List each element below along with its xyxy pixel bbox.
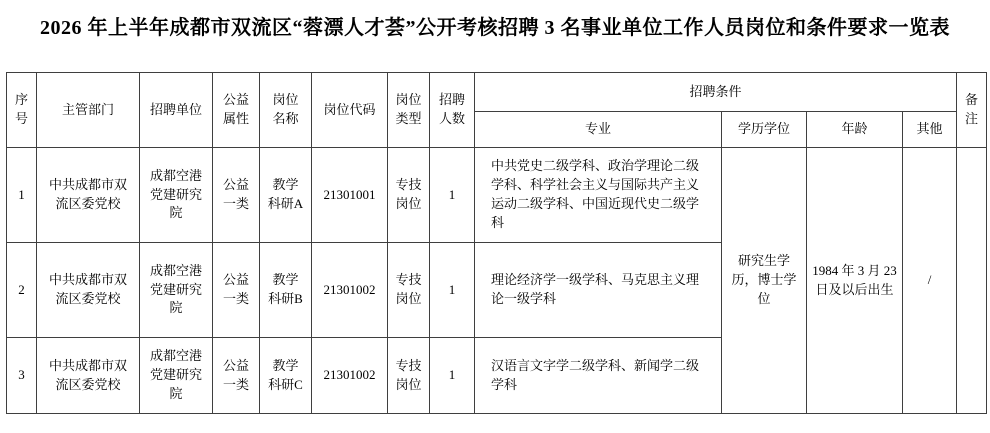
cell-major: 汉语言文字学二级学科、新闻学二级学科 xyxy=(475,338,722,414)
cell-headcount: 1 xyxy=(430,243,475,338)
cell-age-merged: 1984 年 3 月 23 日及以后出生 xyxy=(807,148,903,414)
cell-serial: 1 xyxy=(7,148,37,243)
header-post-code: 岗位代码 xyxy=(312,73,388,148)
header-department: 主管部门 xyxy=(37,73,140,148)
cell-welfare: 公益一类 xyxy=(213,243,260,338)
header-row-top: 序号 主管部门 招聘单位 公益属性 岗位名称 岗位代码 岗位类型 招聘人数 招聘… xyxy=(7,73,987,112)
header-conditions: 招聘条件 xyxy=(475,73,957,112)
cell-post-type: 专技岗位 xyxy=(388,243,430,338)
cell-department: 中共成都市双流区委党校 xyxy=(37,148,140,243)
header-age: 年龄 xyxy=(807,112,903,148)
cell-remark-merged xyxy=(957,148,987,414)
cell-welfare: 公益一类 xyxy=(213,338,260,414)
cell-headcount: 1 xyxy=(430,338,475,414)
header-post-name: 岗位名称 xyxy=(260,73,312,148)
cell-unit: 成都空港党建研究院 xyxy=(140,338,213,414)
cell-unit: 成都空港党建研究院 xyxy=(140,243,213,338)
cell-post-code: 21301002 xyxy=(312,243,388,338)
cell-post-code: 21301002 xyxy=(312,338,388,414)
cell-major: 理论经济学一级学科、马克思主义理论一级学科 xyxy=(475,243,722,338)
cell-headcount: 1 xyxy=(430,148,475,243)
header-unit: 招聘单位 xyxy=(140,73,213,148)
header-post-type: 岗位类型 xyxy=(388,73,430,148)
header-welfare: 公益属性 xyxy=(213,73,260,148)
cell-serial: 2 xyxy=(7,243,37,338)
cell-post-name: 教学科研B xyxy=(260,243,312,338)
cell-post-type: 专技岗位 xyxy=(388,148,430,243)
cell-post-name: 教学科研C xyxy=(260,338,312,414)
header-education: 学历学位 xyxy=(722,112,807,148)
cell-post-code: 21301001 xyxy=(312,148,388,243)
cell-department: 中共成都市双流区委党校 xyxy=(37,338,140,414)
cell-department: 中共成都市双流区委党校 xyxy=(37,243,140,338)
table-row: 1 中共成都市双流区委党校 成都空港党建研究院 公益一类 教学科研A 21301… xyxy=(7,148,987,243)
cell-major: 中共党史二级学科、政治学理论二级学科、科学社会主义与国际共产主义运动二级学科、中… xyxy=(475,148,722,243)
cell-welfare: 公益一类 xyxy=(213,148,260,243)
cell-post-type: 专技岗位 xyxy=(388,338,430,414)
cell-serial: 3 xyxy=(7,338,37,414)
cell-education-merged: 研究生学历，博士学位 xyxy=(722,148,807,414)
header-major: 专业 xyxy=(475,112,722,148)
header-headcount: 招聘人数 xyxy=(430,73,475,148)
header-serial: 序号 xyxy=(7,73,37,148)
header-remark: 备注 xyxy=(957,73,987,148)
cell-post-name: 教学科研A xyxy=(260,148,312,243)
header-other: 其他 xyxy=(903,112,957,148)
recruitment-table: 序号 主管部门 招聘单位 公益属性 岗位名称 岗位代码 岗位类型 招聘人数 招聘… xyxy=(6,72,987,414)
cell-unit: 成都空港党建研究院 xyxy=(140,148,213,243)
page-title: 2026 年上半年成都市双流区“蓉漂人才荟”公开考核招聘 3 名事业单位工作人员… xyxy=(0,11,990,40)
cell-other-merged: / xyxy=(903,148,957,414)
